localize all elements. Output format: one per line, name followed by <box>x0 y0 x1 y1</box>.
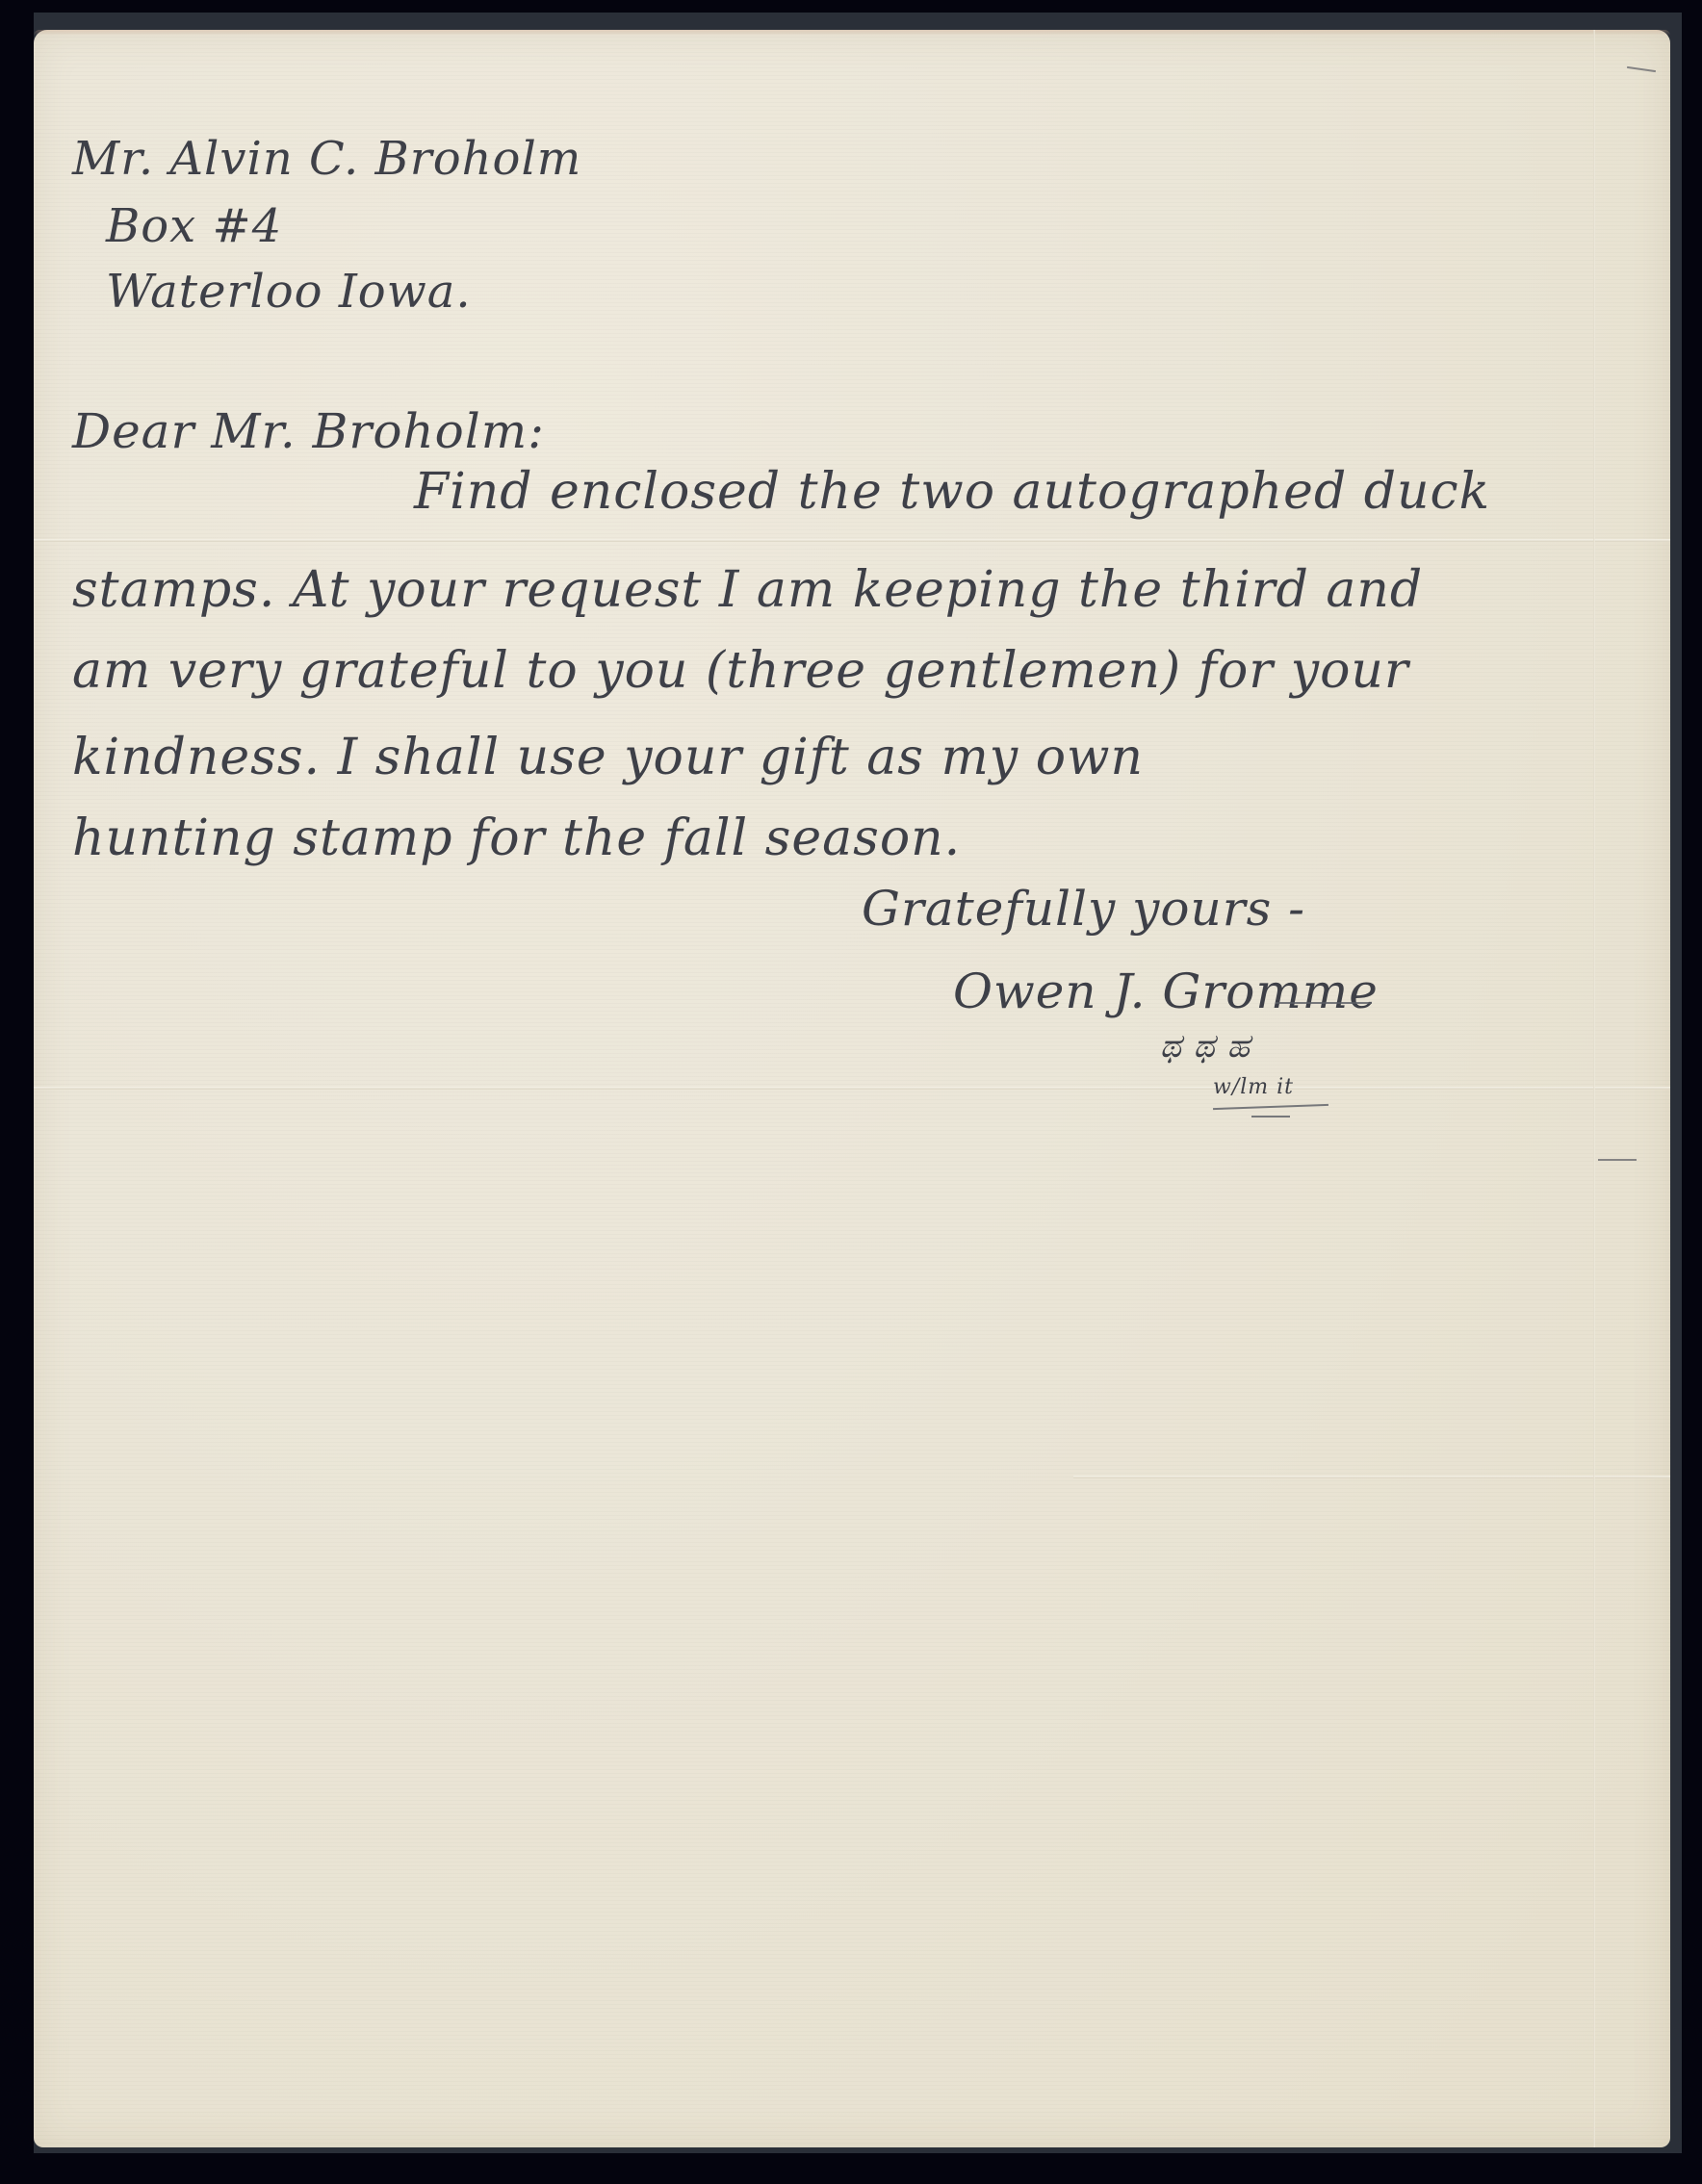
address-line-name: Mr. Alvin C. Broholm <box>72 132 581 186</box>
fold-line-middle <box>34 1087 1670 1090</box>
initials-underline <box>1213 1104 1328 1110</box>
corner-crease-mark <box>1627 66 1656 72</box>
signature: Owen J. Gromme <box>953 964 1379 1019</box>
body-line-3: am very grateful to you (three gentlemen… <box>72 642 1409 700</box>
fold-line-upper <box>34 539 1670 542</box>
letter-paper: Mr. Alvin C. Broholm Box #4 Waterloo Iow… <box>34 30 1670 2147</box>
closing: Gratefully yours - <box>862 881 1305 937</box>
fold-line-lower <box>1073 1476 1670 1478</box>
edge-tear-mark <box>1598 1159 1637 1161</box>
initials-notation: w/lm it <box>1213 1075 1294 1099</box>
initials-underline-short <box>1251 1116 1290 1118</box>
body-line-2: stamps. At your request I am keeping the… <box>72 561 1423 619</box>
annotation-mark: ಥ ಥ ಹ <box>1160 1027 1251 1066</box>
fold-line-vertical <box>1593 30 1595 2147</box>
body-line-4: kindness. I shall use your gift as my ow… <box>72 729 1144 786</box>
body-line-5: hunting stamp for the fall season. <box>72 809 961 867</box>
address-line-city: Waterloo Iowa. <box>106 265 472 319</box>
signature-flourish <box>1276 1002 1372 1004</box>
address-line-box: Box #4 <box>106 199 282 253</box>
salutation: Dear Mr. Broholm: <box>72 403 545 459</box>
body-line-1: Find enclosed the two autographed duck <box>414 463 1490 521</box>
